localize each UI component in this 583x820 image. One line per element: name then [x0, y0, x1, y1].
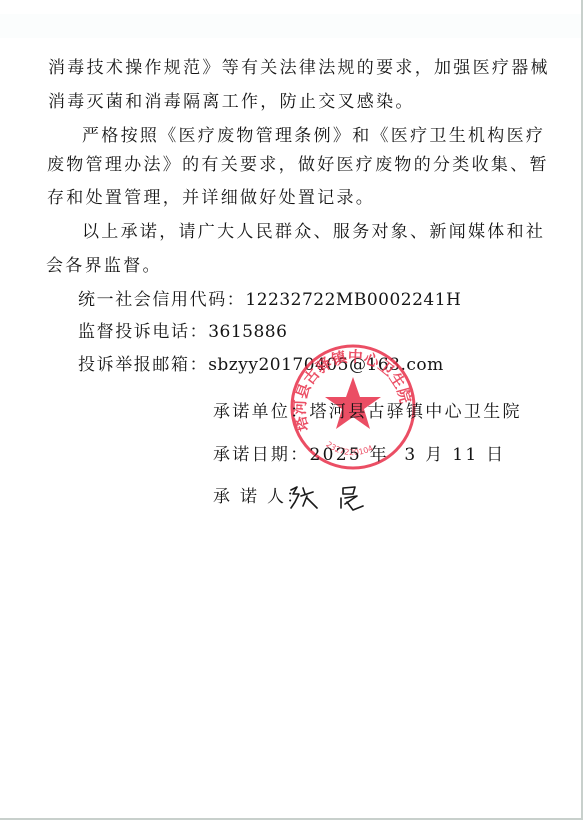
- credit-code-label: 统一社会信用代码：: [78, 290, 245, 310]
- paragraph-line-7: 会各界监督。: [46, 256, 162, 276]
- unit-label: 承诺单位：: [213, 402, 310, 422]
- scan-top-strip: [0, 14, 581, 38]
- credit-code-row: 统一社会信用代码：12232722MB0002241H: [78, 290, 461, 310]
- date-label: 承诺日期：: [213, 445, 310, 465]
- credit-code-value: 12232722MB0002241H: [245, 290, 461, 310]
- paragraph-line-3: 严格按照《医疗废物管理条例》和《医疗卫生机构医疗: [82, 126, 545, 146]
- paragraph-line-1: 消毒技术操作规范》等有关法律法规的要求，加强医疗器械: [48, 58, 550, 78]
- paragraph-line-6: 以上承诺，请广大人民群众、服务对象、新闻媒体和社: [82, 222, 545, 242]
- email-label: 投诉举报邮箱：: [78, 355, 208, 375]
- phone-label: 监督投诉电话：: [78, 322, 208, 342]
- phone-value: 3615886: [208, 322, 287, 342]
- paragraph-line-5: 存和处置管理，并详细做好处置记录。: [47, 188, 375, 208]
- document-page: 消毒技术操作规范》等有关法律法规的要求，加强医疗器械 消毒灭菌和消毒隔离工作，防…: [0, 0, 583, 820]
- handwritten-signature: [285, 482, 380, 514]
- date-row: 承诺日期：2025 年 3 月 11 日: [213, 445, 505, 465]
- paragraph-line-4: 废物管理办法》的有关要求，做好医疗废物的分类收集、暂: [47, 155, 549, 175]
- paragraph-line-2: 消毒灭菌和消毒隔离工作，防止交叉感染。: [48, 92, 415, 112]
- phone-row: 监督投诉电话：3615886: [78, 322, 287, 342]
- unit-value: 塔河县古驿镇中心卫生院: [310, 402, 522, 422]
- unit-row: 承诺单位：塔河县古驿镇中心卫生院: [213, 402, 522, 422]
- date-value: 2025 年 3 月 11 日: [310, 445, 506, 465]
